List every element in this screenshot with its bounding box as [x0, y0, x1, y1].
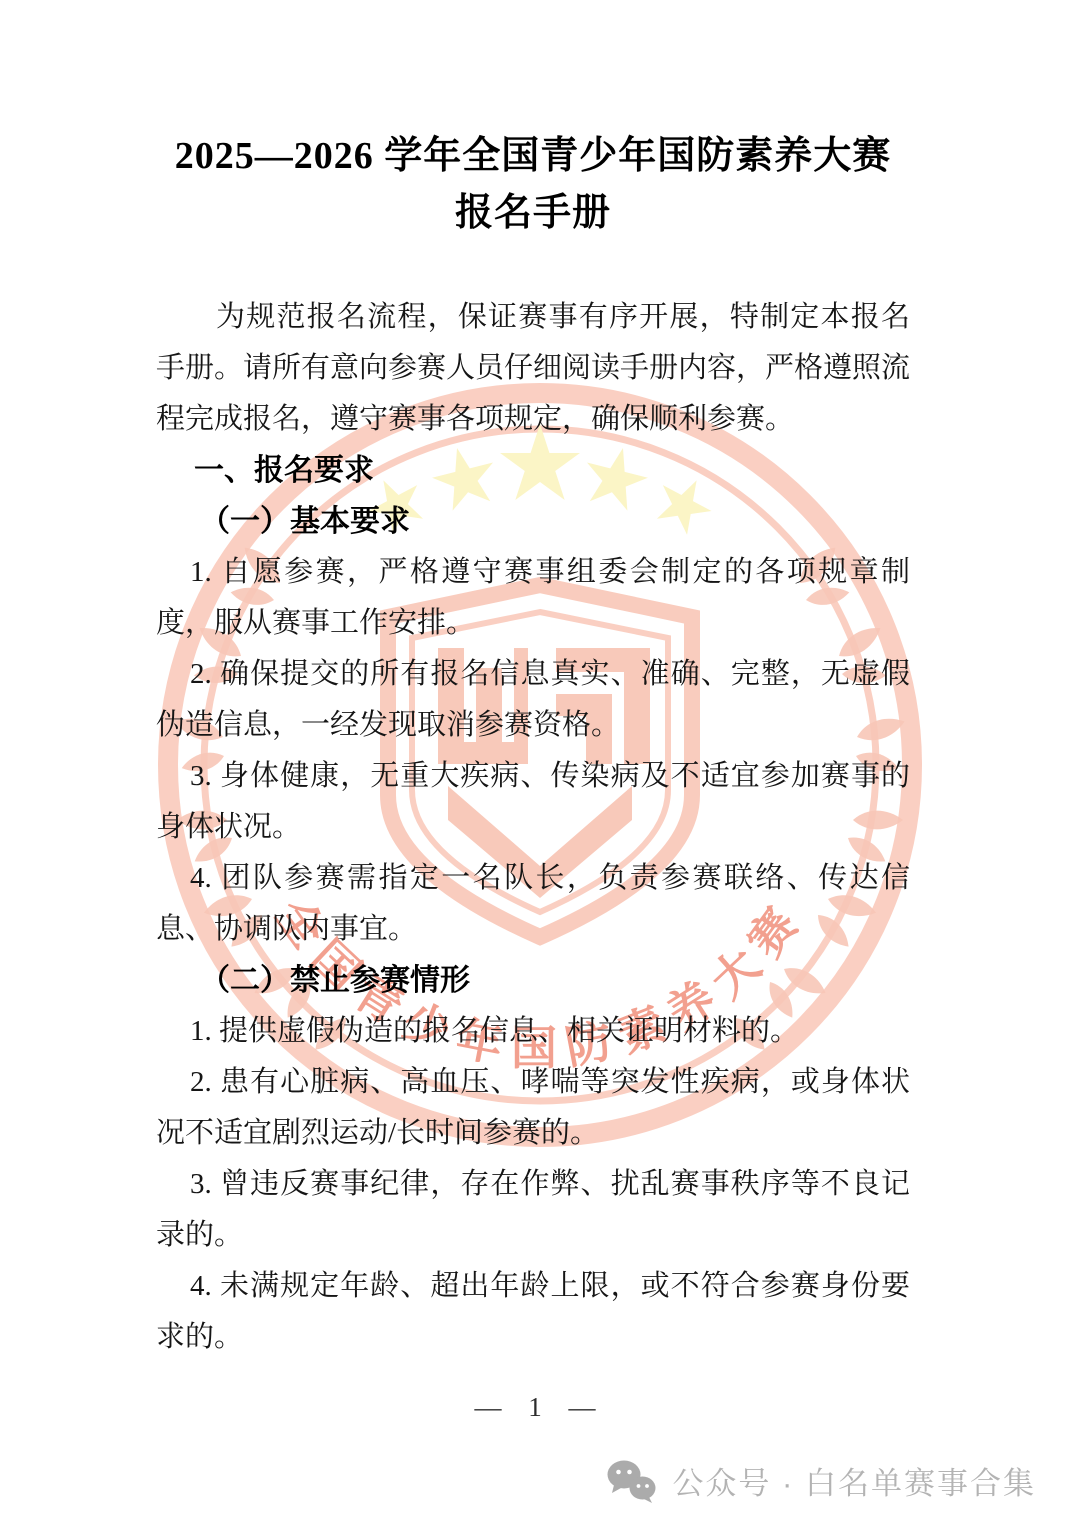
paragraph-item: 1. 自愿参赛，严格遵守赛事组委会制定的各项规章制度，服从赛事工作安排。: [156, 547, 910, 649]
paragraph-item: 3. 身体健康，无重大疾病、传染病及不适宜参加赛事的身体状况。: [156, 751, 910, 853]
paragraph-item: 2. 患有心脏病、高血压、哮喘等突发性疾病，或身体状况不适宜剧烈运动/长时间参赛…: [156, 1057, 910, 1159]
paragraph-intro: 为规范报名流程，保证赛事有序开展，特制定本报名手册。请所有意向参赛人员仔细阅读手…: [156, 292, 910, 445]
paragraph-h2: （二）禁止参赛情形: [156, 955, 910, 1006]
page-number: — 1 —: [0, 1392, 1080, 1423]
paragraph-h1: 一、报名要求: [156, 445, 910, 496]
document-page: 全国青少年国防素养大赛 2025—2026 学年全国青少年国防素养大赛 报名手册…: [0, 0, 1080, 1527]
paragraph-item: 4. 团队参赛需指定一名队长，负责参赛联络、传达信息、协调队内事宜。: [156, 853, 910, 955]
paragraph-item: 1. 提供虚假伪造的报名信息、相关证明材料的。: [156, 1006, 910, 1057]
paragraph-item: 2. 确保提交的所有报名信息真实、准确、完整，无虚假伪造信息，一经发现取消参赛资…: [156, 649, 910, 751]
footer-branding: 公众号 · 白名单赛事合集: [606, 1458, 1036, 1503]
page-title: 2025—2026 学年全国青少年国防素养大赛 报名手册: [156, 128, 910, 242]
wechat-icon: [606, 1459, 658, 1503]
title-line-1: 2025—2026 学年全国青少年国防素养大赛: [156, 128, 910, 185]
paragraph-item: 4. 未满规定年龄、超出年龄上限，或不符合参赛身份要求的。: [156, 1261, 910, 1363]
document-body: 2025—2026 学年全国青少年国防素养大赛 报名手册 为规范报名流程，保证赛…: [156, 128, 910, 1363]
paragraph-h2: （一）基本要求: [156, 496, 910, 547]
paragraph-item: 3. 曾违反赛事纪律，存在作弊、扰乱赛事秩序等不良记录的。: [156, 1159, 910, 1261]
title-line-2: 报名手册: [156, 185, 910, 242]
document-paragraphs: 为规范报名流程，保证赛事有序开展，特制定本报名手册。请所有意向参赛人员仔细阅读手…: [156, 292, 910, 1363]
footer-label: 公众号 · 白名单赛事合集: [672, 1458, 1036, 1503]
